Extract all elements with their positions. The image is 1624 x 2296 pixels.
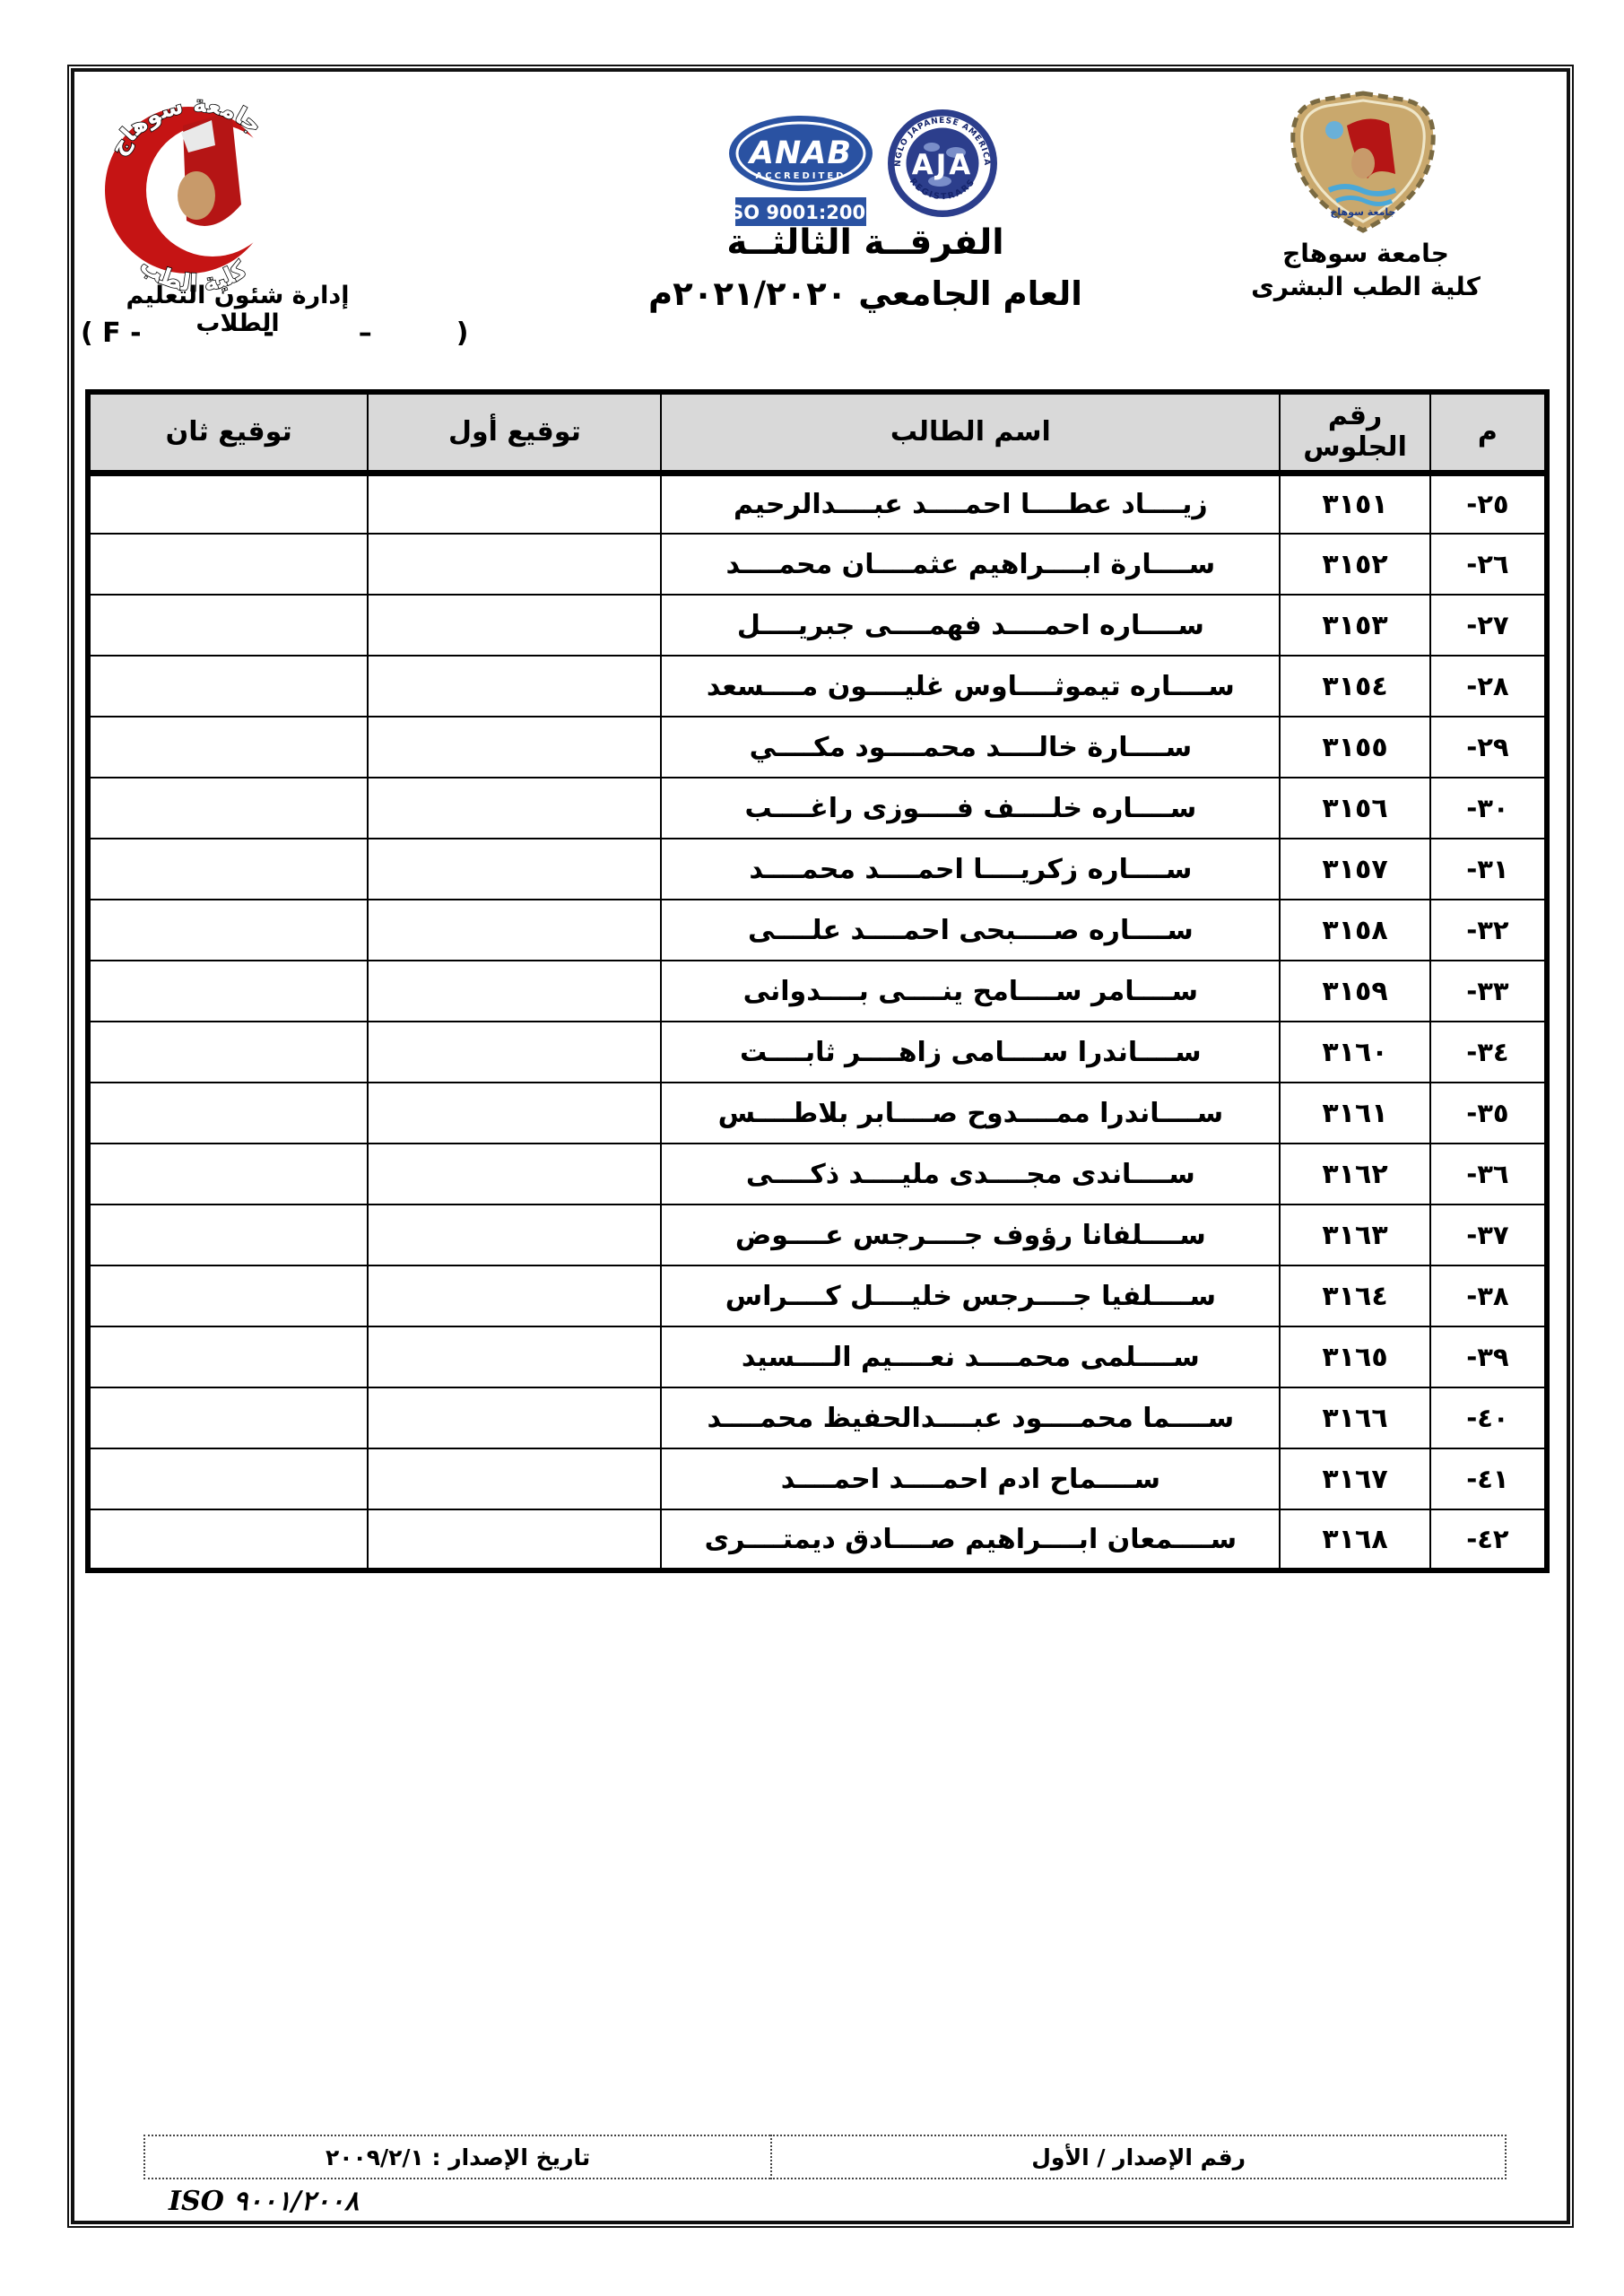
issue-date-cell: تاريخ الإصدار : ٢٠٠٩/٢/١ (143, 2135, 770, 2179)
university-shield-logo: جامعة سوهاج (1284, 88, 1442, 239)
seat-number: ٣١٥٩ (1280, 961, 1430, 1022)
second-signature-cell (88, 473, 368, 534)
column-header-student-name: اسم الطالب (661, 392, 1280, 473)
seat-number: ٣١٦٤ (1280, 1265, 1430, 1326)
first-signature-cell (368, 595, 661, 656)
row-number: ٣٥- (1430, 1083, 1547, 1144)
column-header-seat-number: رقم الجلوس (1280, 392, 1430, 473)
seat-number: ٣١٥٤ (1280, 656, 1430, 717)
row-number: ٢٧- (1430, 595, 1547, 656)
table-row: ٢٨- ٣١٥٤ ســــاره تيموثــــاوس غليــــون… (88, 656, 1547, 717)
second-signature-cell (88, 1144, 368, 1205)
first-signature-cell (368, 1509, 661, 1570)
table-header-row: م رقم الجلوس اسم الطالب توقيع أول توقيع … (88, 392, 1547, 473)
first-signature-cell (368, 1326, 661, 1387)
iso-standard-label: ISO ٩٠٠١/٢٠٠٨ (169, 2186, 545, 2217)
first-signature-cell (368, 1265, 661, 1326)
student-name: ســــارة خالــــد محمــــود مكــــي (661, 717, 1280, 778)
student-name: ســــاره زكريــــا احمــــد محمــــد (661, 839, 1280, 900)
student-name: ســــامر ســــامح ينــــى بــــدوانى (661, 961, 1280, 1022)
first-signature-cell (368, 534, 661, 595)
first-signature-cell (368, 1083, 661, 1144)
seat-number: ٣١٥٢ (1280, 534, 1430, 595)
first-signature-cell (368, 1144, 661, 1205)
seat-number: ٣١٦٧ (1280, 1448, 1430, 1509)
first-signature-cell (368, 1448, 661, 1509)
second-signature-cell (88, 1326, 368, 1387)
row-number: ٤٢- (1430, 1509, 1547, 1570)
table-row: ٤١- ٣١٦٧ ســــماح ادم احمــــد احمــــد (88, 1448, 1547, 1509)
table-row: ٣٠- ٣١٥٦ ســــاره خلــــف فــــوزى راغــ… (88, 778, 1547, 839)
table-row: ٤٢- ٣١٦٨ ســــمعان ابــــراهيم صــــادق … (88, 1509, 1547, 1570)
student-name: ســــاندى مجــــدى مليــــد ذكــــى (661, 1144, 1280, 1205)
first-signature-cell (368, 473, 661, 534)
first-signature-cell (368, 839, 661, 900)
row-number: ٢٦- (1430, 534, 1547, 595)
student-name: ســــماح ادم احمــــد احمــــد (661, 1448, 1280, 1509)
first-signature-cell (368, 1205, 661, 1265)
seat-number: ٣١٦٣ (1280, 1205, 1430, 1265)
table-row: ٢٦- ٣١٥٢ ســــارة ابــــراهيم عثمــــان … (88, 534, 1547, 595)
second-signature-cell (88, 900, 368, 961)
table-row: ٣٧- ٣١٦٣ ســــلفانا رؤوف جــــرجس عــــو… (88, 1205, 1547, 1265)
row-number: ٢٥- (1430, 473, 1547, 534)
student-name: ســــمعان ابــــراهيم صــــادق ديمتــــر… (661, 1509, 1280, 1570)
form-code-line: ( F - - – ) (81, 317, 395, 349)
seat-number: ٣١٦٦ (1280, 1387, 1430, 1448)
seat-number: ٣١٦٥ (1280, 1326, 1430, 1387)
first-signature-cell (368, 961, 661, 1022)
student-name: ســــلفانا رؤوف جــــرجس عــــوض (661, 1205, 1280, 1265)
row-number: ٣٦- (1430, 1144, 1547, 1205)
shield-banner-label: جامعة سوهاج (1331, 206, 1396, 219)
aja-wordmark: AJA (912, 149, 974, 181)
second-signature-cell (88, 961, 368, 1022)
faculty-name: كلية الطب البشرى (1236, 272, 1496, 301)
university-name: جامعة سوهاج (1236, 239, 1496, 268)
scarab-emblem (1325, 121, 1343, 139)
column-header-second-signature: توقيع ثان (88, 392, 368, 473)
seat-number: ٣١٥٨ (1280, 900, 1430, 961)
second-signature-cell (88, 1022, 368, 1083)
row-number: ٣٩- (1430, 1326, 1547, 1387)
row-number: ٣١- (1430, 839, 1547, 900)
second-signature-cell (88, 717, 368, 778)
first-signature-cell (368, 778, 661, 839)
second-signature-cell (88, 1509, 368, 1570)
column-header-number: م (1430, 392, 1547, 473)
row-number: ٢٨- (1430, 656, 1547, 717)
seat-number: ٣١٦١ (1280, 1083, 1430, 1144)
row-number: ٣٤- (1430, 1022, 1547, 1083)
student-name: ســــما محمــــود عبــــدالحفيظ محمــــد (661, 1387, 1280, 1448)
seat-number: ٣١٥٣ (1280, 595, 1430, 656)
second-signature-cell (88, 595, 368, 656)
row-number: ٢٩- (1430, 717, 1547, 778)
seat-number: ٣١٦٠ (1280, 1022, 1430, 1083)
row-number: ٣٨- (1430, 1265, 1547, 1326)
table-row: ٣٣- ٣١٥٩ ســــامر ســــامح ينــــى بــــ… (88, 961, 1547, 1022)
student-roster: م رقم الجلوس اسم الطالب توقيع أول توقيع … (85, 389, 1550, 1573)
seat-number: ٣١٥٦ (1280, 778, 1430, 839)
table-row: ٣٢- ٣١٥٨ ســــاره صــــبحى احمــــد علــ… (88, 900, 1547, 961)
table-row: ٢٥- ٣١٥١ زيــــاد عطــــا احمــــد عبـــ… (88, 473, 1547, 534)
column-header-first-signature: توقيع أول (368, 392, 661, 473)
table-row: ٣٤- ٣١٦٠ ســــاندرا ســــامى زاهــــر ثا… (88, 1022, 1547, 1083)
issue-number-cell: رقم الإصدار / الأول (770, 2135, 1507, 2179)
first-signature-cell (368, 717, 661, 778)
second-signature-cell (88, 1265, 368, 1326)
seat-number: ٣١٦٢ (1280, 1144, 1430, 1205)
aja-registrars-logo: AJA ANGLO JAPANESE AMERICAN REGISTRARS (884, 106, 1001, 230)
anab-accreditation-logo: ANAB ACCREDITED ISO 9001:2008 (725, 113, 877, 231)
second-signature-cell (88, 656, 368, 717)
row-number: ٣٣- (1430, 961, 1547, 1022)
second-signature-cell (88, 534, 368, 595)
seat-number: ٣١٥٥ (1280, 717, 1430, 778)
student-name: ســــاندرا ممــــدوح صــــابر بلاطــــس (661, 1083, 1280, 1144)
second-signature-cell (88, 778, 368, 839)
document-control-footer: رقم الإصدار / الأول تاريخ الإصدار : ٢٠٠٩… (143, 2135, 1507, 2179)
second-signature-cell (88, 1387, 368, 1448)
student-name: ســــارة ابــــراهيم عثمــــان محمــــد (661, 534, 1280, 595)
table-row: ٣٥- ٣١٦١ ســــاندرا ممــــدوح صــــابر ب… (88, 1083, 1547, 1144)
seat-number: ٣١٥١ (1280, 473, 1430, 534)
second-signature-cell (88, 1448, 368, 1509)
student-name: ســــلمى محمــــد نعــــيم الــــسيد (661, 1326, 1280, 1387)
iso-9001-label: ISO 9001:2008 (725, 202, 877, 223)
second-signature-cell (88, 1083, 368, 1144)
anab-accredited-label: ACCREDITED (756, 171, 847, 181)
seat-number: ٣١٦٨ (1280, 1509, 1430, 1570)
row-number: ٤٠- (1430, 1387, 1547, 1448)
row-number: ٤١- (1430, 1448, 1547, 1509)
seat-number: ٣١٥٧ (1280, 839, 1430, 900)
table-row: ٣٩- ٣١٦٥ ســــلمى محمــــد نعــــيم الــ… (88, 1326, 1547, 1387)
row-number: ٣٠- (1430, 778, 1547, 839)
student-name: ســــاره احمــــد فهمــــى جبريــــل (661, 595, 1280, 656)
faculty-crescent-logo: جامعة سوهاج كلية الطب (95, 70, 291, 296)
academic-year-title: العام الجامعي ٢٠٢١/٢٠٢٠م (592, 274, 1139, 313)
row-number: ٣٧- (1430, 1205, 1547, 1265)
student-name: ســــاره صــــبحى احمــــد علــــى (661, 900, 1280, 961)
second-signature-cell (88, 839, 368, 900)
student-name: ســــاندرا ســــامى زاهــــر ثابــــت (661, 1022, 1280, 1083)
student-name: ســــاره تيموثــــاوس غليــــون مــــسعد (661, 656, 1280, 717)
row-number: ٣٢- (1430, 900, 1547, 961)
table-row: ٤٠- ٣١٦٦ ســــما محمــــود عبــــدالحفيظ… (88, 1387, 1547, 1448)
first-signature-cell (368, 900, 661, 961)
first-signature-cell (368, 656, 661, 717)
grade-title: الفرقــة الثالثــة (619, 222, 1112, 263)
pharaoh-face (1351, 148, 1375, 178)
table-row: ٢٧- ٣١٥٣ ســــاره احمــــد فهمــــى جبري… (88, 595, 1547, 656)
table-row: ٣١- ٣١٥٧ ســــاره زكريــــا احمــــد محم… (88, 839, 1547, 900)
document-page: جامعة سوهاج كلية الطب إدارة شئون التعليم… (0, 0, 1624, 2296)
pharaoh-face (178, 171, 215, 220)
table-row: ٣٨- ٣١٦٤ ســــلفيا جــــرجس خليــــل كــ… (88, 1265, 1547, 1326)
table-row: ٣٦- ٣١٦٢ ســــاندى مجــــدى مليــــد ذكـ… (88, 1144, 1547, 1205)
student-name: زيــــاد عطــــا احمــــد عبــــدالرحيم (661, 473, 1280, 534)
first-signature-cell (368, 1022, 661, 1083)
table-row: ٢٩- ٣١٥٥ ســــارة خالــــد محمــــود مكـ… (88, 717, 1547, 778)
anab-wordmark: ANAB (747, 135, 852, 171)
student-name: ســــلفيا جــــرجس خليــــل كــــراس (661, 1265, 1280, 1326)
second-signature-cell (88, 1205, 368, 1265)
student-name: ســــاره خلــــف فــــوزى راغــــب (661, 778, 1280, 839)
first-signature-cell (368, 1387, 661, 1448)
